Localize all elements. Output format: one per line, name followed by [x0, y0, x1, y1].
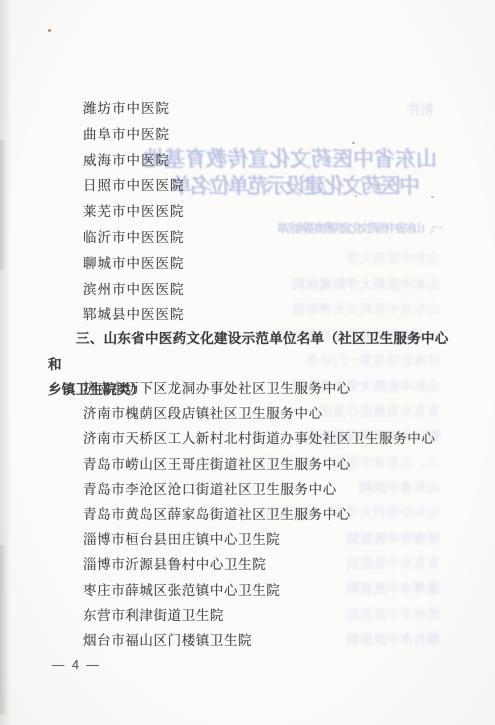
- service-center-list-item: 青岛市黄岛区薛家岛街道社区卫生服务中心: [83, 502, 478, 527]
- scan-speck: [352, 142, 355, 144]
- service-center-list-item: 东营市利津街道卫生院: [83, 603, 478, 628]
- page-number: — 4 —: [52, 658, 101, 672]
- scanned-document-page: 附件 山东省中医药文化宣传教育基地 中医药文化建设示范单位名单 一、山东省中医药…: [0, 0, 495, 725]
- service-center-list-item: 济南市天桥区工人新村北村街道办事处社区卫生服务中心: [83, 426, 478, 451]
- hospital-list-item: 曲阜市中医院: [83, 122, 473, 148]
- hospital-list-item: 聊城市中医医院: [83, 251, 473, 277]
- service-center-list-item: 济南市历下区龙洞办事处社区卫生服务中心: [83, 376, 478, 401]
- hospital-list-item: 潍坊市中医院: [83, 96, 473, 122]
- scan-smudge: [0, 140, 7, 270]
- service-center-list-item: 青岛市李沧区沧口街道社区卫生服务中心: [83, 477, 478, 502]
- scan-speck: [48, 29, 51, 32]
- hospital-list-item: 莱芜市中医医院: [83, 199, 473, 225]
- service-center-list-item: 枣庄市薛城区张范镇中心卫生院: [83, 578, 478, 603]
- service-center-list-item: 烟台市福山区门楼镇卫生院: [83, 628, 478, 653]
- section-heading-line1: 三、山东省中医药文化建设示范单位名单（社区卫生服务中心和: [48, 326, 462, 377]
- hospital-list-item: 日照市中医医院: [83, 173, 473, 199]
- service-center-list-item: 济南市槐荫区段店镇社区卫生服务中心: [83, 401, 478, 426]
- scan-speck: [355, 195, 357, 197]
- hospital-list-item: 威海市中医院: [83, 148, 473, 174]
- scan-smudge: [0, 545, 8, 715]
- hospital-list: 潍坊市中医院曲阜市中医院威海市中医院日照市中医医院莱芜市中医医院临沂市中医医院聊…: [83, 96, 473, 328]
- service-center-list-item: 青岛市崂山区王哥庄街道社区卫生服务中心: [83, 452, 478, 477]
- hospital-list-item: 郓城县中医医院: [83, 302, 473, 328]
- service-center-list: 济南市历下区龙洞办事处社区卫生服务中心济南市槐荫区段店镇社区卫生服务中心济南市天…: [83, 376, 478, 653]
- hospital-list-item: 临沂市中医医院: [83, 225, 473, 251]
- hospital-list-item: 滨州市中医医院: [83, 277, 473, 303]
- scan-speck: [431, 196, 434, 198]
- service-center-list-item: 淄博市沂源县鲁村中心卫生院: [83, 552, 478, 577]
- service-center-list-item: 淄博市桓台县田庄镇中心卫生院: [83, 527, 478, 552]
